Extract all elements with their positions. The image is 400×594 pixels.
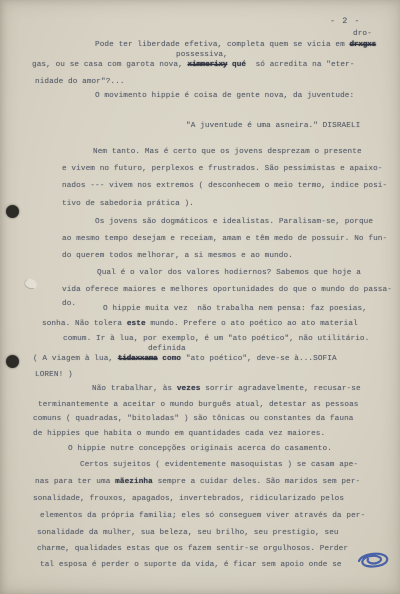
typed-line: O hippie nutre concepções originais acer… bbox=[68, 444, 332, 454]
typed-line: nidade do amor"?... bbox=[35, 77, 125, 87]
typed-line: do. bbox=[62, 299, 76, 309]
margin-hyphen-correction: dro- bbox=[353, 29, 372, 39]
hole-punch-dot-bottom bbox=[6, 355, 19, 368]
typed-text: sonha. Não tolera bbox=[42, 320, 127, 328]
typed-line: O movimento hippie é coisa de gente nova… bbox=[95, 91, 354, 101]
typed-line: vida oferece maiores e melhores oportuni… bbox=[62, 285, 392, 295]
typed-text: ( A viagem à lua, bbox=[33, 355, 118, 363]
overtyped-word: vezes bbox=[177, 385, 201, 393]
insertion-word: definida bbox=[148, 344, 186, 354]
typed-line: sonalidade da mulher, sua beleza, seu br… bbox=[37, 528, 339, 538]
typed-text: "ato poético", deve-se à...SOFIA bbox=[181, 355, 337, 363]
screenshot-root: - 2 - dro- Pode ter liberdade efetiva, c… bbox=[0, 0, 400, 594]
typed-line: comuns ( quadradas, "bitoladas" ) são tô… bbox=[33, 414, 354, 424]
typed-line: Pode ter liberdade efetiva, completa que… bbox=[95, 40, 376, 50]
typed-text: mundo. Prefere o ato poético ao ato mate… bbox=[146, 320, 358, 328]
typed-line: de hippies que habita o mundo em quantid… bbox=[33, 429, 325, 439]
typed-line: nas para ter uma mãezinha sempre a cuida… bbox=[35, 477, 360, 487]
typed-line: comum. Ir à lua, por exemplo, é um "ato … bbox=[63, 334, 369, 344]
typed-text: nas para ter uma bbox=[35, 478, 115, 486]
typed-line: Não trabalhar, às vezes sorrir agradavel… bbox=[92, 384, 361, 394]
typed-line: terminantemente a aceitar o mundo burguê… bbox=[38, 400, 359, 410]
typed-line: gas, ou se casa com garota nova, ximmeri… bbox=[32, 60, 355, 70]
ink-scribble bbox=[356, 549, 390, 569]
ink-scribble-path bbox=[359, 554, 387, 567]
typed-line: charme, qualidades estas que os fazem se… bbox=[37, 544, 348, 554]
typed-line: O hippie muita vez não trabalha nem pens… bbox=[103, 304, 367, 314]
overtyped-word: mãezinha bbox=[115, 478, 153, 486]
typed-line: do querem todos melhorar, a si mesmos e … bbox=[62, 251, 293, 261]
hole-punch-dot-top bbox=[6, 205, 19, 218]
typed-line: Certos sujeitos ( evidentemente masoquis… bbox=[80, 460, 358, 470]
typed-line: e vivem no futuro, perplexos e frustrado… bbox=[62, 164, 383, 174]
scanned-page: - 2 - dro- Pode ter liberdade efetiva, c… bbox=[0, 0, 400, 594]
typed-text: só acredita na "eter- bbox=[246, 61, 354, 69]
typed-text: Pode ter liberdade efetiva, completa que… bbox=[95, 41, 350, 49]
typed-line: Nem tanto. Mas é certo que os jovens des… bbox=[93, 147, 362, 157]
typed-text: sorrir agradavelmente, recusar-se bbox=[200, 385, 360, 393]
typed-line: ( A viagem à lua, tidaxxama como "ato po… bbox=[33, 354, 337, 364]
typed-line: tal esposa é perder o suporte da vida, é… bbox=[40, 560, 342, 570]
struck-word: ximmerixy bbox=[188, 61, 228, 69]
struck-word: tidaxxama bbox=[118, 355, 158, 363]
typed-line: sonalidade, frouxos, apagados, invertebr… bbox=[33, 494, 344, 504]
typed-line: Qual é o valor dos valores hodiernos? Sa… bbox=[97, 268, 361, 278]
typed-line: ao mesmo tempo desejam e receiam, amam e… bbox=[62, 234, 387, 244]
typed-text: gas, ou se casa com garota nova, bbox=[32, 61, 188, 69]
paper-flaw bbox=[23, 277, 39, 291]
typed-line: sonha. Não tolera este mundo. Prefere o … bbox=[42, 319, 358, 329]
quote-line: "A juventude é uma asneira." DISRAELI bbox=[186, 121, 360, 131]
page-number: - 2 - bbox=[330, 16, 361, 26]
insertion-word: possessiva, bbox=[176, 50, 228, 60]
typed-line: Os jovens são dogmáticos e idealistas. P… bbox=[95, 217, 373, 227]
overtyped-word: este bbox=[127, 320, 146, 328]
typed-line: elementos da própria familia; eles só co… bbox=[40, 511, 365, 521]
typed-text: sempre a cuidar deles. São maridos sem p… bbox=[153, 478, 360, 486]
overtyped-word: qué bbox=[227, 61, 246, 69]
typed-line: tivo de sabedoria prática ). bbox=[62, 199, 194, 209]
typed-line: nados --- vivem nos extremos ( desconhec… bbox=[62, 181, 387, 191]
overtyped-word: como bbox=[158, 355, 182, 363]
struck-word: drxgxs bbox=[350, 41, 376, 49]
typed-line: LOREN! ) bbox=[35, 370, 73, 380]
typed-text: Não trabalhar, às bbox=[92, 385, 177, 393]
